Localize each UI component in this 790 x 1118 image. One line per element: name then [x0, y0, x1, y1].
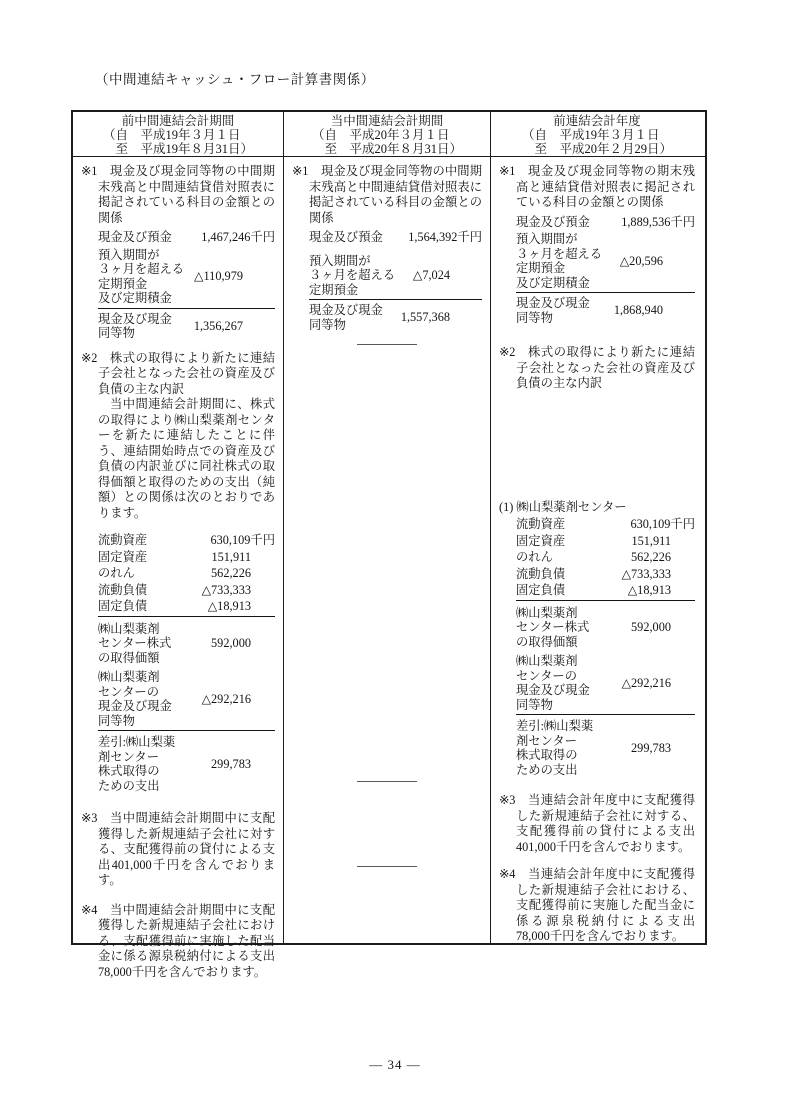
acquisition-breakdown-table: 流動資産 630,109千円 固定資産 151,911 のれん 562,226 … [516, 517, 695, 777]
row-value: △18,913 [628, 583, 695, 598]
note-text: 株式の取得により新たに連結子会社となった会社の資産及び負債の主な内訳 [516, 345, 695, 392]
row-label: 固定資産 [98, 550, 147, 565]
row-label: 固定負債 [516, 583, 565, 598]
note-marker: ※4 [499, 867, 515, 883]
note-text: 当中間連結会計期間中に支配獲得した新規連結子会社における、支配獲得前に実施した配… [98, 903, 275, 981]
row-value: △110,979 [194, 269, 275, 284]
table-row: 差引:㈱山梨薬 剤センター 株式取得の ための支出 299,783 [516, 719, 695, 777]
table-row: ㈱山梨薬剤 センター株式 の取得価額 592,000 [98, 622, 275, 666]
note-2: ※2 株式の取得により新たに連結子会社となった会社の資産及び負債の主な内訳 [499, 345, 695, 392]
row-label: 現金及び現金 同等物 [516, 296, 590, 325]
note-marker: ※1 [499, 164, 515, 180]
row-value: 151,911 [631, 534, 695, 549]
note-1: ※1 現金及び現金同等物の期末残高と連結貸借対照表に掲記されている科目の金額との… [499, 164, 695, 211]
row-value: △733,333 [622, 567, 695, 582]
row-value: 299,783 [211, 757, 275, 772]
row-label: 現金及び預金 [516, 215, 590, 230]
table-row: 流動負債 △733,333 [516, 567, 695, 582]
table-row: 差引:㈱山梨薬 剤センター 株式取得の ための支出 299,783 [98, 735, 275, 793]
table-row: ㈱山梨薬剤 センターの 現金及び現金 同等物 △292,216 [98, 670, 275, 731]
row-label: ㈱山梨薬剤 センターの 現金及び現金 同等物 [516, 654, 590, 712]
document-title: （中間連結キャッシュ・フロー計算書関係） [95, 68, 375, 88]
row-label: 預入期間が ３ヶ月を超える 定期預金 及び定期積金 [98, 248, 184, 306]
column-previous-interim: ※1 現金及び現金同等物の中間期末残高と中間連結貸借対照表に掲記されている科目の… [73, 157, 283, 943]
table-header-row: 前中間連結会計期間 （自 平成19年３月１日 至 平成19年８月31日） 当中間… [73, 112, 705, 157]
row-value: 630,109千円 [210, 533, 275, 548]
note-1: ※1 現金及び現金同等物の中間期末残高と中間連結貸借対照表に掲記されている科目の… [292, 164, 482, 226]
row-label: 固定負債 [98, 599, 147, 614]
subsidiary-name-label: (1) ㈱山梨薬剤センター [499, 500, 695, 516]
note-marker: ※1 [292, 164, 308, 180]
placeholder-dash [357, 866, 417, 867]
table-row: 流動負債 △733,333 [98, 583, 275, 598]
table-row: のれん 562,226 [98, 566, 275, 581]
table-row: 固定資産 151,911 [516, 534, 695, 549]
table-row: 預入期間が ３ヶ月を超える 定期預金 及び定期積金 △110,979 [98, 248, 275, 309]
row-value: △733,333 [202, 583, 275, 598]
row-label: 現金及び現金 同等物 [309, 303, 383, 332]
table-row: 預入期間が ３ヶ月を超える 定期預金 及び定期積金 △20,596 [516, 232, 695, 293]
row-label: 現金及び預金 [309, 230, 383, 245]
row-value: 592,000 [631, 620, 695, 635]
note-paragraph: 当中間連結会計期間に、株式の取得により㈱山梨薬剤センターを新たに連結したことに伴… [98, 397, 275, 521]
notes-table: 前中間連結会計期間 （自 平成19年３月１日 至 平成19年８月31日） 当中間… [71, 110, 707, 945]
row-value: 592,000 [211, 636, 275, 651]
cash-reconciliation-table: 現金及び預金 1,889,536千円 預入期間が ３ヶ月を超える 定期預金 及び… [516, 215, 695, 326]
header-period-name: 前中間連結会計期間 [73, 114, 283, 128]
note-3: ※3 当中間連結会計期間中に支配獲得した新規連結子会社に対する、支配獲得前の貸付… [81, 811, 275, 889]
header-date-from: （自 平成20年３月１日 [312, 128, 462, 142]
table-row: 現金及び預金 1,564,392千円 [309, 230, 482, 245]
row-label: 現金及び現金 同等物 [98, 312, 172, 341]
note-marker: ※4 [81, 903, 97, 919]
table-row: 現金及び預金 1,467,246千円 [98, 230, 275, 245]
row-value: 1,356,267 [194, 319, 275, 334]
header-period-dates: （自 平成20年３月１日 至 平成20年８月31日） [312, 128, 462, 156]
note-4: ※4 当中間連結会計期間中に支配獲得した新規連結子会社における、支配獲得前に実施… [81, 903, 275, 981]
table-row: 固定資産 151,911 [98, 550, 275, 565]
row-value: 151,911 [211, 550, 275, 565]
header-date-to: 至 平成20年２月29日） [522, 142, 672, 156]
table-row: 流動資産 630,109千円 [98, 533, 275, 548]
row-label: 差引:㈱山梨薬 剤センター 株式取得の ための支出 [98, 735, 175, 793]
header-period-dates: （自 平成19年３月１日 至 平成20年２月29日） [522, 128, 672, 156]
header-previous-fiscal-year: 前連結会計年度 （自 平成19年３月１日 至 平成20年２月29日） [490, 112, 703, 156]
note-text: 当連結会計年度中に支配獲得した新規連結子会社における、支配獲得前に実施した配当金… [516, 867, 695, 945]
header-current-interim-period: 当中間連結会計期間 （自 平成20年３月１日 至 平成20年８月31日） [283, 112, 490, 156]
row-value: △20,596 [620, 254, 695, 269]
note-1: ※1 現金及び現金同等物の中間期末残高と中間連結貸借対照表に掲記されている科目の… [81, 164, 275, 226]
note-2: ※2 株式の取得により新たに連結子会社となった会社の資産及び負債の主な内訳 当中… [81, 351, 275, 522]
header-date-to: 至 平成19年８月31日） [103, 142, 253, 156]
row-value: 1,564,392千円 [408, 230, 482, 245]
column-previous-fiscal-year: ※1 現金及び現金同等物の期末残高と連結貸借対照表に掲記されている科目の金額との… [490, 157, 703, 943]
table-row: 現金及び現金 同等物 1,557,368 [309, 303, 482, 332]
row-value: 1,868,940 [614, 303, 695, 318]
note-text: 株式の取得により新たに連結子会社となった会社の資産及び負債の主な内訳 [98, 351, 275, 398]
row-value: △292,216 [622, 676, 695, 691]
note-marker: ※3 [81, 811, 97, 827]
cash-reconciliation-table: 現金及び預金 1,467,246千円 預入期間が ３ヶ月を超える 定期預金 及び… [98, 230, 275, 341]
placeholder-dash [357, 344, 417, 345]
table-row: 流動資産 630,109千円 [516, 517, 695, 532]
row-label: 流動負債 [98, 583, 147, 598]
note-marker: ※3 [499, 793, 515, 809]
table-row: のれん 562,226 [516, 550, 695, 565]
table-row: 現金及び預金 1,889,536千円 [516, 215, 695, 230]
header-period-name: 前連結会計年度 [491, 114, 703, 128]
table-row: 現金及び現金 同等物 1,868,940 [516, 296, 695, 325]
acquisition-breakdown-table: 流動資産 630,109千円 固定資産 151,911 のれん 562,226 … [98, 533, 275, 793]
cash-reconciliation-table: 現金及び預金 1,564,392千円 預入期間が ３ヶ月を超える 定期預金 △7… [309, 230, 482, 332]
row-label: ㈱山梨薬剤 センターの 現金及び現金 同等物 [98, 670, 172, 728]
row-label: ㈱山梨薬剤 センター株式 の取得価額 [98, 622, 171, 666]
table-row: 固定負債 △18,913 [516, 583, 695, 601]
row-label: 預入期間が ３ヶ月を超える 定期預金 [309, 254, 395, 298]
note-text: 当中間連結会計期間中に支配獲得した新規連結子会社に対する、支配獲得前の貸付による… [98, 811, 275, 889]
header-period-dates: （自 平成19年３月１日 至 平成19年８月31日） [103, 128, 253, 156]
table-row: ㈱山梨薬剤 センター株式 の取得価額 592,000 [516, 606, 695, 650]
row-value: △292,216 [202, 692, 275, 707]
table-row: 現金及び現金 同等物 1,356,267 [98, 312, 275, 341]
row-label: 預入期間が ３ヶ月を超える 定期預金 及び定期積金 [516, 232, 602, 290]
note-text: 当連結会計年度中に支配獲得した新規連結子会社に対する、支配獲得前の貸付による支出… [516, 793, 695, 855]
row-label: のれん [98, 566, 135, 581]
header-date-to: 至 平成20年８月31日） [312, 142, 462, 156]
row-label: 流動負債 [516, 567, 565, 582]
row-value: 299,783 [631, 741, 695, 756]
note-3: ※3 当連結会計年度中に支配獲得した新規連結子会社に対する、支配獲得前の貸付によ… [499, 793, 695, 855]
table-row: ㈱山梨薬剤 センターの 現金及び現金 同等物 △292,216 [516, 654, 695, 715]
note-text: 現金及び現金同等物の中間期末残高と中間連結貸借対照表に掲記されている科目の金額と… [309, 164, 482, 226]
row-label: 流動資産 [98, 533, 147, 548]
note-marker: ※2 [499, 345, 515, 361]
row-value: △18,913 [208, 599, 275, 614]
row-value: 1,557,368 [401, 310, 482, 325]
row-label: のれん [516, 550, 553, 565]
note-marker: ※1 [81, 164, 97, 180]
row-label: 流動資産 [516, 517, 565, 532]
row-value: 562,226 [631, 550, 695, 565]
row-label: ㈱山梨薬剤 センター株式 の取得価額 [516, 606, 589, 650]
row-label: 現金及び預金 [98, 230, 172, 245]
document-page: （中間連結キャッシュ・フロー計算書関係） 前中間連結会計期間 （自 平成19年３… [0, 0, 790, 1118]
note-text: 現金及び現金同等物の期末残高と連結貸借対照表に掲記されている科目の金額との関係 [516, 164, 695, 211]
row-label: 差引:㈱山梨薬 剤センター 株式取得の ための支出 [516, 719, 593, 777]
header-date-from: （自 平成19年３月１日 [103, 128, 253, 142]
table-body: ※1 現金及び現金同等物の中間期末残高と中間連結貸借対照表に掲記されている科目の… [73, 157, 705, 943]
column-current-interim: ※1 現金及び現金同等物の中間期末残高と中間連結貸借対照表に掲記されている科目の… [283, 157, 490, 943]
row-label: 固定資産 [516, 534, 565, 549]
table-row: 固定負債 △18,913 [98, 599, 275, 617]
note-text: 現金及び現金同等物の中間期末残高と中間連結貸借対照表に掲記されている科目の金額と… [98, 164, 275, 226]
row-value: △7,024 [413, 268, 482, 283]
header-date-from: （自 平成19年３月１日 [522, 128, 672, 142]
note-4: ※4 当連結会計年度中に支配獲得した新規連結子会社における、支配獲得前に実施した… [499, 867, 695, 945]
table-row: 預入期間が ３ヶ月を超える 定期預金 △7,024 [309, 254, 482, 301]
row-value: 562,226 [211, 566, 275, 581]
header-period-name: 当中間連結会計期間 [284, 114, 490, 128]
placeholder-dash [357, 781, 417, 782]
page-number: — 34 — [0, 1057, 790, 1073]
row-value: 1,467,246千円 [201, 230, 275, 245]
row-value: 630,109千円 [630, 517, 695, 532]
row-value: 1,889,536千円 [621, 215, 695, 230]
note-marker: ※2 [81, 351, 97, 367]
header-previous-interim-period: 前中間連結会計期間 （自 平成19年３月１日 至 平成19年８月31日） [73, 112, 283, 156]
